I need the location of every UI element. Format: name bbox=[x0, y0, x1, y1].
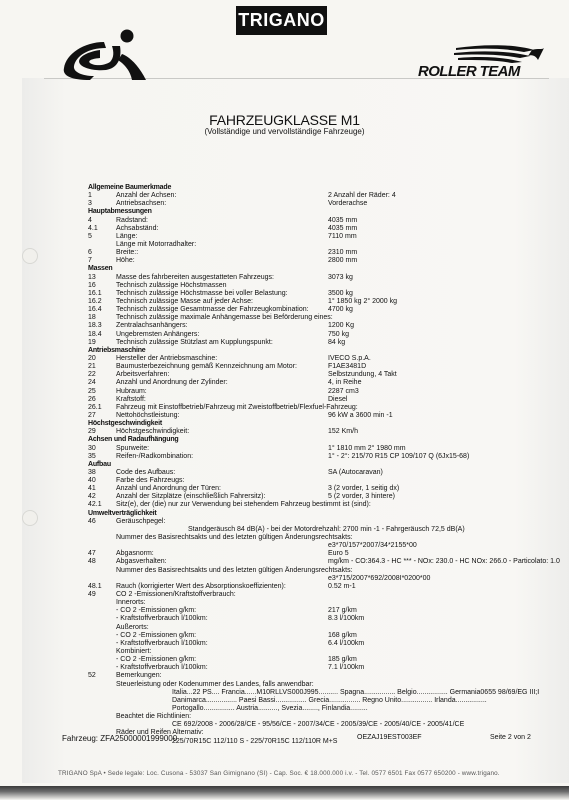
spec-number: 16.2 bbox=[88, 298, 102, 306]
spec-value: Euro 5 bbox=[328, 550, 349, 558]
spec-label: Breite:: bbox=[116, 249, 138, 257]
spec-label: Masse des fahrbereiten ausgestatteten Fa… bbox=[116, 274, 274, 282]
section-heading: Achsen und Radaufhängung bbox=[88, 436, 569, 444]
spec-value: 2287 cm3 bbox=[328, 388, 359, 396]
spec-value: 8.3 l/100km bbox=[328, 615, 364, 623]
spec-row: 4Radstand:4035 mm bbox=[88, 217, 569, 225]
spec-label: Antriebsachsen: bbox=[116, 200, 166, 208]
spec-row: e3*70/157*2007/34*2155*00 bbox=[88, 542, 569, 550]
spec-row: 4.1Achsabständ:4035 mm bbox=[88, 225, 569, 233]
trigano-logo: TRIGANO bbox=[236, 6, 327, 35]
spec-row: Innerorts: bbox=[88, 599, 569, 607]
spec-value: 4700 kg bbox=[328, 306, 353, 314]
spec-row: 24Anzahl und Anordnung der Zylinder:4, i… bbox=[88, 379, 569, 387]
spec-value: 1° 1810 mm 2° 1980 mm bbox=[328, 445, 406, 453]
spec-row: 27Nettohöchstleistung:96 kW a 3600 min -… bbox=[88, 412, 569, 420]
spec-value: 4, in Reihe bbox=[328, 379, 361, 387]
spec-row: CE 692/2008 - 2006/28/CE - 95/56/CE - 20… bbox=[88, 721, 569, 729]
spec-row: 26.1Fahrzeug mit Einstoffbetrieb/Fahrzeu… bbox=[88, 404, 569, 412]
spec-value: 3 (2 vorder, 1 seitig dx) bbox=[328, 485, 399, 493]
spec-row: 25Hubraum:2287 cm3 bbox=[88, 388, 569, 396]
spec-number: 18.4 bbox=[88, 331, 102, 339]
spec-number: 5 bbox=[88, 233, 92, 241]
spec-row: 16.4Technisch zulässige Gesamtmasse der … bbox=[88, 306, 569, 314]
spec-row: 35Reifen-/Radkombination:1° - 2°: 215/70… bbox=[88, 453, 569, 461]
spec-label: Technisch zulässige Höchstmasse bei voll… bbox=[116, 290, 288, 298]
spec-number: 48.1 bbox=[88, 583, 102, 591]
spec-value: 1° - 2°: 215/70 R15 CP 109/107 Q (6Jx15-… bbox=[328, 453, 469, 461]
spec-label: Rauch (korrigierter Wert des Absorptions… bbox=[116, 583, 286, 591]
spec-row: 38Code des Aufbaus:SA (Autocaravan) bbox=[88, 469, 569, 477]
spec-row: Nummer des Basisrechtsakts und des letzt… bbox=[88, 534, 569, 542]
spec-row: 22Arbeitsverfahren:Selbstzundung, 4 Takt bbox=[88, 371, 569, 379]
spec-label: Länge mit Motorradhalter: bbox=[116, 241, 196, 249]
spec-row: Portogallo................ Austria......… bbox=[88, 705, 569, 713]
spec-row: 41Anzahl und Anordnung der Türen:3 (2 vo… bbox=[88, 485, 569, 493]
spec-label: Ungebremsten Anhängers: bbox=[116, 331, 199, 339]
section-title: Massen bbox=[88, 265, 112, 273]
spec-number: 3 bbox=[88, 200, 92, 208]
roller-team-swoosh-icon bbox=[454, 44, 544, 64]
spec-value: 5 (2 vorder, 3 hintere) bbox=[328, 493, 395, 501]
spec-label: Achsabständ: bbox=[116, 225, 158, 233]
spec-number: 47 bbox=[88, 550, 96, 558]
spec-number: 38 bbox=[88, 469, 96, 477]
section-heading: Allgemeine Baumerkmade bbox=[88, 184, 569, 192]
spec-row: - CO 2 -Emissionen g/km:217 g/km bbox=[88, 607, 569, 615]
spec-row: - Kraftstoffverbrauch l/100km:7.1 l/100k… bbox=[88, 664, 569, 672]
spec-value: e3*70/157*2007/34*2155*00 bbox=[328, 542, 417, 550]
spec-row: Beachtet die Richtlinien: bbox=[88, 713, 569, 721]
spec-row: 20Hersteller der Antriebsmaschine:IVECO … bbox=[88, 355, 569, 363]
spec-number: 25 bbox=[88, 388, 96, 396]
spec-label: Spurweite: bbox=[116, 445, 149, 453]
spec-note: Nummer des Basisrechtsakts und des letzt… bbox=[116, 567, 353, 575]
spec-number: 52 bbox=[88, 672, 96, 680]
spec-label: - CO 2 -Emissionen g/km: bbox=[116, 632, 196, 640]
spec-label: Hersteller der Antriebsmaschine: bbox=[116, 355, 217, 363]
spec-row: - Kraftstoffverbrauch l/100km:6.4 l/100k… bbox=[88, 640, 569, 648]
spec-row: 40Farbe des Fahrzeugs: bbox=[88, 477, 569, 485]
spec-row: Außerorts: bbox=[88, 624, 569, 632]
spec-number: 7 bbox=[88, 257, 92, 265]
spec-value: Selbstzundung, 4 Takt bbox=[328, 371, 397, 379]
section-heading: Höchstgeschwindigkeit bbox=[88, 420, 569, 428]
spec-row: 47Abgasnorm:Euro 5 bbox=[88, 550, 569, 558]
spec-row: 42Anzahl der Sitzplätze (einschließlich … bbox=[88, 493, 569, 501]
spec-value: SA (Autocaravan) bbox=[328, 469, 383, 477]
spec-value: 2800 mm bbox=[328, 257, 357, 265]
spec-label: - Kraftstoffverbrauch l/100km: bbox=[116, 664, 208, 672]
spec-row: Italia...22 PS.... Francia......M10RLLVS… bbox=[88, 689, 569, 697]
spec-number: 40 bbox=[88, 477, 96, 485]
spec-row: 21Baumusterbezeichnung gemäß Kennzeichnu… bbox=[88, 363, 569, 371]
spec-row: - CO 2 -Emissionen g/km:168 g/km bbox=[88, 632, 569, 640]
spec-value: IVECO S.p.A. bbox=[328, 355, 371, 363]
spec-label: Anzahl der Achsen: bbox=[116, 192, 176, 200]
spec-label: Hubraum: bbox=[116, 388, 147, 396]
spec-number: 16 bbox=[88, 282, 96, 290]
punch-hole bbox=[22, 248, 38, 264]
spec-note: CE 692/2008 - 2006/28/CE - 95/56/CE - 20… bbox=[172, 721, 464, 729]
section-heading: Umweltverträglichkeit bbox=[88, 510, 569, 518]
company-footer: TRIGANO SpA • Sede legale: Loc. Cusona -… bbox=[58, 770, 500, 777]
spec-number: 21 bbox=[88, 363, 96, 371]
spec-number: 4.1 bbox=[88, 225, 98, 233]
section-title: Achsen und Radaufhängung bbox=[88, 436, 178, 444]
roller-team-wordmark: ROLLER TEAM bbox=[418, 63, 520, 80]
spec-number: 1 bbox=[88, 192, 92, 200]
spec-label: Bemerkungen: bbox=[116, 672, 162, 680]
spec-value: 84 kg bbox=[328, 339, 345, 347]
spec-row: 26Kraftstoff:Diesel bbox=[88, 396, 569, 404]
spec-row: 18Technisch zulässige maximale Anhängema… bbox=[88, 314, 569, 322]
document-code: OEZAJ19EST003EF bbox=[357, 734, 422, 741]
spec-label: Arbeitsverfahren: bbox=[116, 371, 169, 379]
spec-row: 48Abgasverhalten:mg/km - CO:364.3 - HC *… bbox=[88, 558, 569, 566]
spec-label: Höchstgeschwindigkeit: bbox=[116, 428, 189, 436]
spec-label: - CO 2 -Emissionen g/km: bbox=[116, 607, 196, 615]
spec-number: 26 bbox=[88, 396, 96, 404]
spec-label: Länge: bbox=[116, 233, 137, 241]
vehicle-id: Fahrzeug: ZFA25000001999000 bbox=[62, 734, 177, 743]
spec-label: Technisch zulässige Stützlast am Kupplun… bbox=[116, 339, 273, 347]
section-heading: Antriebsmaschine bbox=[88, 347, 569, 355]
spec-value: 152 Km/h bbox=[328, 428, 358, 436]
spec-number: 16.1 bbox=[88, 290, 102, 298]
spec-value: 2310 mm bbox=[328, 249, 357, 257]
spec-row: e3*715/2007*692/2008I*0200*00 bbox=[88, 575, 569, 583]
spec-value: 2 Anzahl der Räder: 4 bbox=[328, 192, 396, 200]
spec-label: Außerorts: bbox=[116, 624, 149, 632]
spec-note: Steuerleistung oder Kodenummer des Lande… bbox=[116, 681, 314, 689]
section-title: Hauptabmessungen bbox=[88, 208, 152, 216]
section-title: Aufbau bbox=[88, 461, 111, 469]
spec-note: Danimarca................ Paesi Bassi...… bbox=[172, 697, 487, 705]
spec-label: Anzahl und Anordnung der Zylinder: bbox=[116, 379, 228, 387]
spec-value: 750 kg bbox=[328, 331, 349, 339]
vehicle-spec-list: Allgemeine Baumerkmade1Anzahl der Achsen… bbox=[88, 184, 569, 746]
spec-row: 6Breite::2310 mm bbox=[88, 249, 569, 257]
spec-number: 29 bbox=[88, 428, 96, 436]
spec-number: 4 bbox=[88, 217, 92, 225]
section-title: Antriebsmaschine bbox=[88, 347, 146, 355]
spec-value: e3*715/2007*692/2008I*0200*00 bbox=[328, 575, 430, 583]
spec-row: 7Höhe:2800 mm bbox=[88, 257, 569, 265]
spec-row: 13Masse des fahrbereiten ausgestatteten … bbox=[88, 274, 569, 282]
spec-label: Anzahl der Sitzplätze (einschließlich Fa… bbox=[116, 493, 265, 501]
spec-value: Vorderachse bbox=[328, 200, 367, 208]
spec-note: Italia...22 PS.... Francia......M10RLLVS… bbox=[172, 689, 539, 697]
spec-number: 6 bbox=[88, 249, 92, 257]
spec-label: Radstand: bbox=[116, 217, 148, 225]
spec-number: 18.3 bbox=[88, 322, 102, 330]
spec-label: Kraftstoff: bbox=[116, 396, 146, 404]
spec-label: Abgasnorm: bbox=[116, 550, 154, 558]
spec-value: 4035 mm bbox=[328, 217, 357, 225]
spec-label: Code des Aufbaus: bbox=[116, 469, 175, 477]
spec-label: CO 2 -Emissionen/Kraftstoffverbrauch: bbox=[116, 591, 236, 599]
spec-number: 16.4 bbox=[88, 306, 102, 314]
spec-label: Geräuschpegel: bbox=[116, 518, 165, 526]
section-heading: Aufbau bbox=[88, 461, 569, 469]
spec-number: 13 bbox=[88, 274, 96, 282]
spec-label: Nettohöchstleistung: bbox=[116, 412, 179, 420]
section-title: Allgemeine Baumerkmade bbox=[88, 184, 171, 192]
spec-row: 18.4Ungebremsten Anhängers:750 kg bbox=[88, 331, 569, 339]
ci-logo-icon bbox=[60, 28, 160, 80]
spec-number: 30 bbox=[88, 445, 96, 453]
spec-row: 3Antriebsachsen:Vorderachse bbox=[88, 200, 569, 208]
spec-value: mg/km - CO:364.3 - HC *** - NOx: 230.0 -… bbox=[328, 558, 560, 566]
spec-row: - Kraftstoffverbrauch l/100km:8.3 l/100k… bbox=[88, 615, 569, 623]
spec-row: 16Technisch zulässige Höchstmassen bbox=[88, 282, 569, 290]
section-heading: Massen bbox=[88, 265, 569, 273]
spec-row: Steuerleistung oder Kodenummer des Lande… bbox=[88, 681, 569, 689]
spec-value: 3073 kg bbox=[328, 274, 353, 282]
spec-value: 1200 Kg bbox=[328, 322, 354, 330]
spec-label: Fahrzeug mit Einstoffbetrieb/Fahrzeug mi… bbox=[116, 404, 358, 412]
spec-label: Technisch zulässige Höchstmassen bbox=[116, 282, 227, 290]
section-title: Umweltverträglichkeit bbox=[88, 510, 157, 518]
spec-label: Anzahl und Anordnung der Türen: bbox=[116, 485, 221, 493]
spec-value: Diesel bbox=[328, 396, 347, 404]
spec-row: 18.3Zentralachsanhängers:1200 Kg bbox=[88, 322, 569, 330]
spec-number: 49 bbox=[88, 591, 96, 599]
spec-row: 42.1Sitz(e), der (die) nur zur Verwendun… bbox=[88, 501, 569, 509]
spec-label: Technisch zulässige Gesamtmasse der Fahr… bbox=[116, 306, 309, 314]
spec-note: 225/70R15C 112/110 S - 225/70R15C 112/11… bbox=[172, 738, 337, 746]
spec-note: Nummer des Basisrechtsakts und des letzt… bbox=[116, 534, 353, 542]
page-subtitle: (Vollständige und vervollständige Fahrze… bbox=[0, 127, 569, 136]
spec-row: 5Länge:7110 mm bbox=[88, 233, 569, 241]
spec-value: 185 g/km bbox=[328, 656, 357, 664]
spec-row: Danimarca................ Paesi Bassi...… bbox=[88, 697, 569, 705]
spec-label: Kombiniert: bbox=[116, 648, 151, 656]
spec-label: Innerorts: bbox=[116, 599, 146, 607]
spec-label: - CO 2 -Emissionen g/km: bbox=[116, 656, 196, 664]
spec-value: 168 g/km bbox=[328, 632, 357, 640]
spec-label: - Kraftstoffverbrauch l/100km: bbox=[116, 640, 208, 648]
spec-label: Zentralachsanhängers: bbox=[116, 322, 188, 330]
spec-label: Höhe: bbox=[116, 257, 135, 265]
spec-row: Standgeräusch 84 dB(A) - bei der Motordr… bbox=[88, 526, 569, 534]
spec-label: Sitz(e), der (die) nur zur Verwendung be… bbox=[116, 501, 371, 509]
punch-hole bbox=[22, 510, 38, 526]
spec-row: 29Höchstgeschwindigkeit:152 Km/h bbox=[88, 428, 569, 436]
spec-note: Standgeräusch 84 dB(A) - bei der Motordr… bbox=[188, 526, 465, 534]
spec-label: Technisch zulässige maximale Anhängemass… bbox=[116, 314, 333, 322]
spec-row: 46Geräuschpegel: bbox=[88, 518, 569, 526]
spec-value: 217 g/km bbox=[328, 607, 357, 615]
spec-number: 24 bbox=[88, 379, 96, 387]
spec-value: 0.52 m-1 bbox=[328, 583, 356, 591]
spec-value: 4035 mm bbox=[328, 225, 357, 233]
spec-label: - Kraftstoffverbrauch l/100km: bbox=[116, 615, 208, 623]
spec-row: 16.1Technisch zulässige Höchstmasse bei … bbox=[88, 290, 569, 298]
spec-value: 7110 mm bbox=[328, 233, 357, 241]
spec-number: 22 bbox=[88, 371, 96, 379]
spec-label: Baumusterbezeichnung gemäß Kennzeichnung… bbox=[116, 363, 297, 371]
spec-number: 26.1 bbox=[88, 404, 102, 412]
section-title: Höchstgeschwindigkeit bbox=[88, 420, 162, 428]
spec-value: 7.1 l/100km bbox=[328, 664, 364, 672]
spec-row: Kombiniert: bbox=[88, 648, 569, 656]
spec-number: 41 bbox=[88, 485, 96, 493]
page-number: Seite 2 von 2 bbox=[490, 734, 531, 741]
spec-value: 1° 1850 kg 2° 2000 kg bbox=[328, 298, 397, 306]
spec-label: Abgasverhalten: bbox=[116, 558, 167, 566]
spec-row: 52Bemerkungen: bbox=[88, 672, 569, 680]
spec-row: 1Anzahl der Achsen:2 Anzahl der Räder: 4 bbox=[88, 192, 569, 200]
spec-number: 20 bbox=[88, 355, 96, 363]
spec-number: 19 bbox=[88, 339, 96, 347]
spec-row: 48.1Rauch (korrigierter Wert des Absorpt… bbox=[88, 583, 569, 591]
spec-note: Beachtet die Richtlinien: bbox=[116, 713, 191, 721]
spec-note: Portogallo................ Austria......… bbox=[172, 705, 368, 713]
spec-number: 27 bbox=[88, 412, 96, 420]
spec-value: 3500 kg bbox=[328, 290, 353, 298]
spec-row: 16.2Technisch zulässige Masse auf jeder … bbox=[88, 298, 569, 306]
spec-number: 46 bbox=[88, 518, 96, 526]
spec-row: 30Spurweite:1° 1810 mm 2° 1980 mm bbox=[88, 445, 569, 453]
spec-label: Technisch zulässige Masse auf jeder Achs… bbox=[116, 298, 253, 306]
page-title: FAHRZEUGKLASSE M1 bbox=[0, 112, 569, 128]
spec-number: 48 bbox=[88, 558, 96, 566]
spec-number: 42.1 bbox=[88, 501, 102, 509]
spec-row: - CO 2 -Emissionen g/km:185 g/km bbox=[88, 656, 569, 664]
roller-team-logo: ROLLER TEAM bbox=[418, 44, 548, 80]
spec-row: Nummer des Basisrechtsakts und des letzt… bbox=[88, 567, 569, 575]
spec-label: Reifen-/Radkombination: bbox=[116, 453, 193, 461]
scan-edge bbox=[0, 786, 569, 800]
spec-value: F1AE3481D bbox=[328, 363, 366, 371]
spec-number: 18 bbox=[88, 314, 96, 322]
spec-row: Länge mit Motorradhalter: bbox=[88, 241, 569, 249]
spec-value: 6.4 l/100km bbox=[328, 640, 364, 648]
spec-row: 49CO 2 -Emissionen/Kraftstoffverbrauch: bbox=[88, 591, 569, 599]
spec-number: 42 bbox=[88, 493, 96, 501]
spec-row: 19Technisch zulässige Stützlast am Kuppl… bbox=[88, 339, 569, 347]
spec-number: 35 bbox=[88, 453, 96, 461]
spec-label: Farbe des Fahrzeugs: bbox=[116, 477, 184, 485]
spec-value: 96 kW a 3600 min -1 bbox=[328, 412, 393, 420]
section-heading: Hauptabmessungen bbox=[88, 208, 569, 216]
